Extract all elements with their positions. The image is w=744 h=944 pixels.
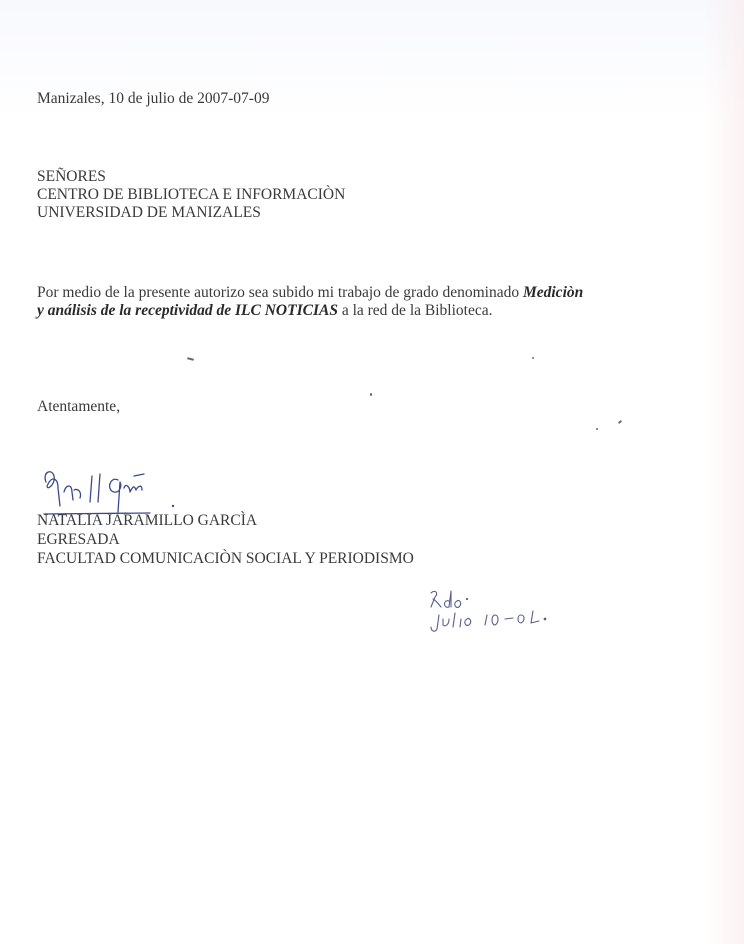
- scan-speck: [187, 357, 194, 361]
- sender-role: EGRESADA: [37, 531, 120, 549]
- body-text-end: a la red de la Biblioteca.: [338, 302, 493, 319]
- scan-speck: [532, 357, 534, 359]
- recipient-line-2: CENTRO DE BIBLIOTECA E INFORMACIÒN: [37, 186, 345, 204]
- recipient-line-3: UNIVERSIDAD DE MANIZALES: [37, 204, 261, 222]
- scan-speck: [370, 393, 372, 396]
- sender-name: NATALIA JARAMILLO GARCÌA: [37, 512, 257, 530]
- handwritten-received-note-icon: [425, 585, 575, 635]
- recipient-line-1: SEÑORES: [37, 168, 106, 186]
- scan-speck: [618, 420, 622, 424]
- scan-speck: [596, 428, 598, 430]
- body-text: Por medio de la presente autorizo sea su…: [37, 284, 523, 301]
- body-line-1: Por medio de la presente autorizo sea su…: [37, 284, 583, 302]
- body-line-2: y análisis de la receptividad de ILC NOT…: [37, 302, 492, 320]
- thesis-title-part-1: Mediciòn: [523, 284, 583, 301]
- closing: Atentamente,: [37, 398, 120, 416]
- sender-faculty: FACULTAD COMUNICACIÒN SOCIAL Y PERIODISM…: [37, 550, 414, 568]
- thesis-title-part-2: y análisis de la receptividad de ILC NOT…: [37, 302, 338, 319]
- date-line: Manizales, 10 de julio de 2007-07-09: [37, 90, 269, 108]
- page-edge-shadow: [704, 0, 744, 944]
- handwritten-signature-icon: [38, 462, 188, 518]
